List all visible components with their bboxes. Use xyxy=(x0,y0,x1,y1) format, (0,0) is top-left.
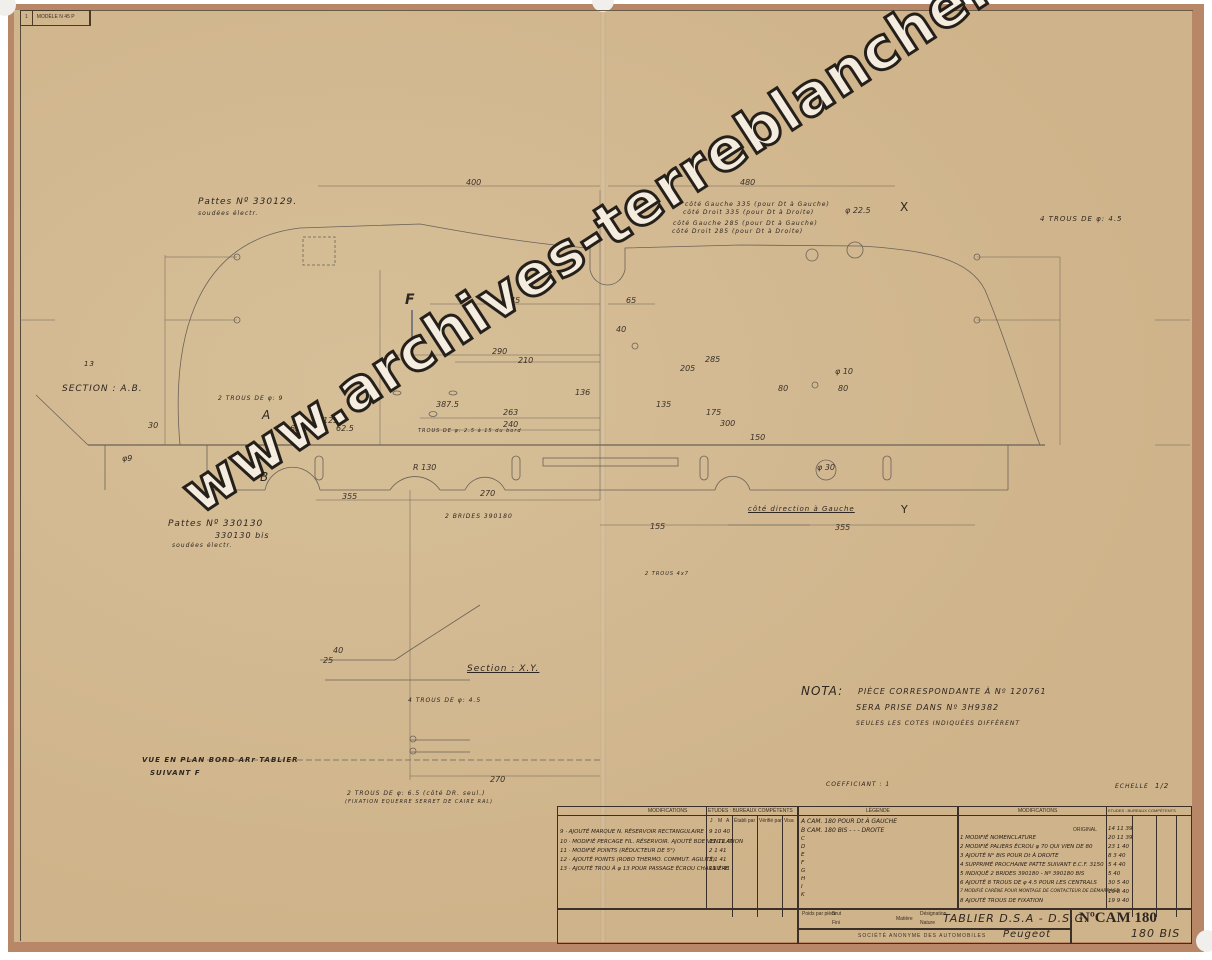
section-ab-label: SECTION : A.B. xyxy=(62,384,143,394)
mods-left-etudes: ETUDES : BUREAUX COMPÉTENTS xyxy=(708,808,793,814)
mod-right-date: 30 5 40 xyxy=(1108,880,1129,886)
designation-value: TABLIER D.S.A - D.S.G. xyxy=(943,912,1089,925)
mod-left-date: 9 10 40 xyxy=(709,829,730,835)
mods-right-etudes: ETUDES : BUREAUX COMPÉTENTS xyxy=(1108,808,1176,813)
dim-270b: 270 xyxy=(490,775,505,784)
legende-row-g: G xyxy=(801,868,805,874)
mod-right-date: 8 3 40 xyxy=(1108,853,1126,859)
legende-row-f: F xyxy=(801,860,804,866)
cote-direction-label: côté direction à Gauche xyxy=(748,505,855,513)
dim-phi30: φ 30 xyxy=(817,463,835,472)
matiere-label: Matière xyxy=(896,916,913,922)
col-j: J xyxy=(710,818,713,824)
echelle-value: 1/2 xyxy=(1155,782,1169,790)
col-m: M xyxy=(718,818,722,824)
mod-right-row: 8 AJOUTÉ TROUS DE FIXATION xyxy=(960,898,1043,904)
brides-label: 2 BRIDES 390180 xyxy=(445,513,513,520)
marker-x: X xyxy=(900,200,909,214)
col-a: A xyxy=(726,818,729,824)
legende-row-k: K xyxy=(801,892,805,898)
marker-y: Y xyxy=(901,503,909,516)
trous-right-label: 4 TROUS DE φ: 4.5 xyxy=(1040,215,1123,223)
dim-30: 30 xyxy=(148,421,158,430)
mod-left-date: 11 2 41 xyxy=(709,866,730,872)
mod-right-date: 10 8 40 xyxy=(1108,889,1129,895)
original-date: 14 11 39 xyxy=(1108,826,1133,832)
legende-row-h: H xyxy=(801,876,805,882)
dim-155: 155 xyxy=(650,522,665,531)
plan-view-label-1: VUE EN PLAN BORD ARr TABLIER xyxy=(142,756,299,764)
pattes-bottom-line2: 330130 bis xyxy=(215,531,270,540)
legende-row-c: C xyxy=(801,836,805,842)
pattes-top-line2: soudées électr. xyxy=(198,210,258,217)
dim-150: 150 xyxy=(750,433,765,442)
echelle-label: ECHELLE xyxy=(1115,783,1149,790)
dim-65: 65 xyxy=(626,296,636,305)
fini-label: Fini xyxy=(832,920,840,926)
dim-285: 285 xyxy=(705,355,720,364)
pattes-top-line1: Pattes Nº 330129. xyxy=(198,197,297,207)
dim-r130: R 130 xyxy=(413,463,436,472)
dim-263: 263 xyxy=(503,408,518,417)
mod-right-date: 5 4 40 xyxy=(1108,862,1126,868)
drawing-sheet: 1 MODÈLE N 45 P xyxy=(0,0,1212,960)
mod-right-date: 23 1 40 xyxy=(1108,844,1129,850)
legende-table: LÉGENDE A CAM. 180 POUR Dt À GAUCHE B CA… xyxy=(797,806,959,910)
modifications-left-table: MODIFICATIONS ETUDES : BUREAUX COMPÉTENT… xyxy=(557,806,799,910)
dim-355b: 355 xyxy=(835,523,850,532)
legende-row-b: B CAM. 180 BIS - - - DROITE xyxy=(801,827,884,834)
nota-line3: SEULES LES COTES INDIQUÉES DIFFÈRENT xyxy=(856,720,1020,727)
dim-355a: 355 xyxy=(342,492,357,501)
col-visa: Visa xyxy=(784,818,794,824)
trous-2x3-label: 2 TROUS 4x7 xyxy=(645,571,689,577)
drawing-number: NºCAM 180 xyxy=(1079,910,1157,927)
drawing-number-bis: 180 BIS xyxy=(1131,927,1180,940)
dim-270a: 270 xyxy=(480,489,495,498)
company-row: SOCIÉTÉ ANONYME DES AUTOMOBILES Peugeot xyxy=(797,928,1072,944)
mod-left-row: 9 · AJOUTÉ MARQUE N. RÉSERVOIR RECTANGUL… xyxy=(560,829,704,835)
mod-left-row: 12 · AJOUTÉ POINTS (ROBO THERMO. COMMUT.… xyxy=(560,857,715,863)
pattes-bottom-line3: soudées électr. xyxy=(172,542,232,549)
mod-right-date: 5 40 xyxy=(1108,871,1120,877)
mod-left-date: 11 11 40 xyxy=(709,839,734,845)
mod-right-date: 19 9 40 xyxy=(1108,898,1129,904)
company-name: SOCIÉTÉ ANONYME DES AUTOMOBILES xyxy=(858,933,986,939)
section-xy-label: Section : X.Y. xyxy=(467,664,539,674)
coefficient: COEFFICIANT : 1 xyxy=(826,781,890,788)
title-left-blank xyxy=(557,908,799,944)
trous-xy-label: 4 TROUS DE φ: 4.5 xyxy=(408,697,481,704)
mod-left-row: 11 · MODIFIÉ POINTS (RÉDUCTEUR DE 5°) xyxy=(560,848,675,854)
col-verifie: Vérifié par xyxy=(759,818,782,824)
dim-400: 400 xyxy=(466,178,481,187)
brand-peugeot: Peugeot xyxy=(1003,929,1051,940)
dim-205: 205 xyxy=(680,364,695,373)
mod-left-date: 2 1 41 xyxy=(709,848,727,854)
mod-right-row: 4 SUPPRIMÉ PROCHAINE PATTE SUIVANT E.C.F… xyxy=(960,862,1104,868)
modifications-right-table: MODIFICATIONS ETUDES : BUREAUX COMPÉTENT… xyxy=(957,806,1192,910)
legende-header: LÉGENDE xyxy=(866,808,890,814)
drawing-number-box: NºCAM 180 180 BIS xyxy=(1070,908,1192,944)
section-ab-marker: 13 xyxy=(84,360,95,368)
dim-80b: 80 xyxy=(838,384,848,393)
mods-right-header: MODIFICATIONS xyxy=(1018,808,1057,814)
trous-plan-line1: 2 TROUS DE φ: 6.5 (côté DR. seul.) xyxy=(347,790,485,797)
mod-right-row: 1 MODIFIÉ NOMENCLATURE xyxy=(960,835,1036,841)
mod-right-row: 7 MODIFIÉ CARÈNE POUR MONTAGE DE CONTACT… xyxy=(960,889,1119,894)
dim-136: 136 xyxy=(575,388,590,397)
mod-right-row: 5 INDIQUÉ 2 BRIDES 390180 - Nº 390180 BI… xyxy=(960,871,1084,877)
nota-line2: SERA PRISE DANS Nº 3H9382 xyxy=(856,703,999,712)
dim-80a: 80 xyxy=(778,384,788,393)
nota-line1: PIÈCE CORRESPONDANTE À Nº 120761 xyxy=(858,687,1047,696)
dim-40b: 40 xyxy=(333,646,343,655)
mod-left-date: 3 1 41 xyxy=(709,857,727,863)
legende-row-a: A CAM. 180 POUR Dt À GAUCHE xyxy=(801,818,897,825)
legende-row-e: E xyxy=(801,852,804,858)
dim-phi10: φ 10 xyxy=(835,367,853,376)
plan-view-label-2: SUIVANT F xyxy=(150,769,201,777)
dim-175: 175 xyxy=(706,408,721,417)
mod-right-row: 3 AJOUTÉ N° BIS POUR Dt À DROITE xyxy=(960,853,1059,859)
title-info-row: Poids par pièce Brut Fini Matière Désign… xyxy=(797,908,1072,930)
cote-droit-b: côté Droit 285 (pour Dt à Droite) xyxy=(672,228,803,235)
legende-row-i: I xyxy=(801,884,803,890)
brut-label: Brut xyxy=(832,911,841,917)
legende-row-d: D xyxy=(801,844,805,850)
trous-plan-line2: (FIXATION EQUERRE SERRET DE CAIRE RAL) xyxy=(345,799,493,805)
nota-label: NOTA: xyxy=(801,684,843,698)
dim-phi9: φ9 xyxy=(122,454,132,463)
cote-gauche-b: côté Gauche 285 (pour Dt à Gauche) xyxy=(673,220,818,227)
mod-right-date: 20 11 39 xyxy=(1108,835,1133,841)
nature-label: Nature xyxy=(920,920,935,926)
mod-right-row: 6 AJOUTÉ 8 TROUS DE φ 4.5 POUR LES CENTR… xyxy=(960,880,1097,886)
mods-left-header: MODIFICATIONS xyxy=(648,808,687,814)
marker-f: F xyxy=(405,292,416,308)
dim-290: 290 xyxy=(492,347,507,356)
cote-droit-a: côté Droit 335 (pour Dt à Droite) xyxy=(683,209,814,216)
dim-phi22: φ 22.5 xyxy=(845,206,871,215)
dim-387: 387.5 xyxy=(436,400,459,409)
dim-300: 300 xyxy=(720,419,735,428)
dim-40: 40 xyxy=(616,325,626,334)
dim-210: 210 xyxy=(518,356,533,365)
dim-135: 135 xyxy=(656,400,671,409)
mod-left-row: 13 · AJOUTÉ TROU À φ 13 POUR PASSAGE ÉCR… xyxy=(560,866,729,872)
col-etabli: Établi par xyxy=(734,818,755,824)
original-label: ORIGINAL xyxy=(1073,827,1097,833)
dim-25: 25 xyxy=(323,656,333,665)
dim-240: 240 xyxy=(503,420,518,429)
trous-left-label: 2 TROUS DE φ: 9 xyxy=(218,395,283,402)
mod-right-row: 2 MODIFIÉ PALIERS ÉCROU φ 70 QUI VIEN DE… xyxy=(960,844,1093,850)
